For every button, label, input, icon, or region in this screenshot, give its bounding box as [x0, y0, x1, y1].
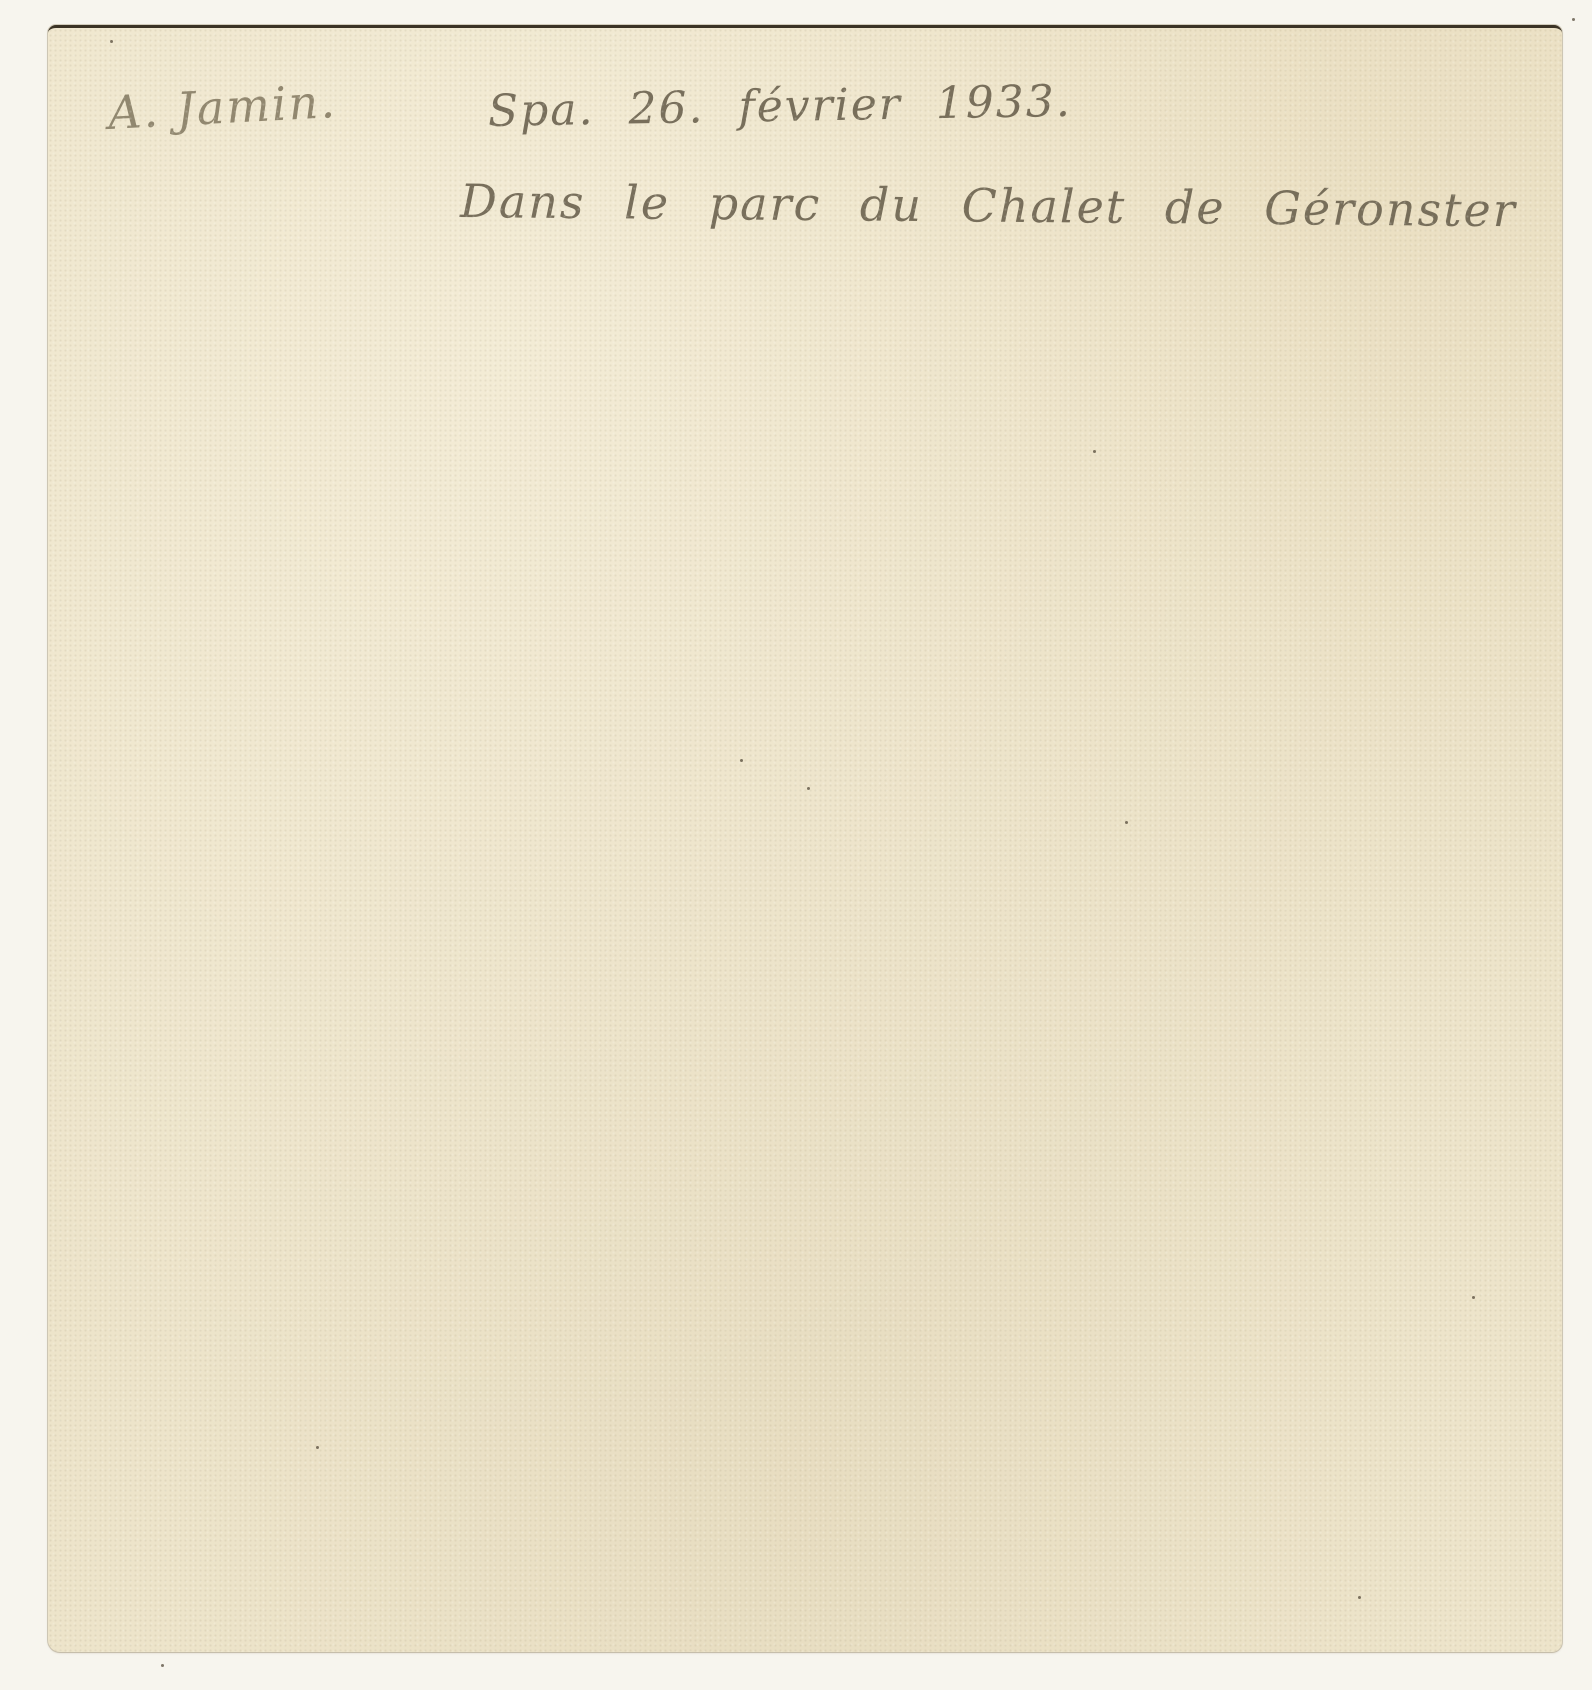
handwritten-location: Dans le parc du Chalet de Géronster — [460, 174, 1517, 237]
handwritten-author: A. Jamin. — [107, 74, 338, 140]
paper-speck — [316, 1446, 319, 1449]
paper-speck — [1358, 1596, 1361, 1599]
handwritten-place-date: Spa. 26. février 1933. — [488, 76, 1073, 137]
paper-speck — [740, 759, 743, 762]
paper-speck — [110, 40, 113, 43]
photo-card-back: A. Jamin. Spa. 26. février 1933. Dans le… — [48, 25, 1562, 1652]
paper-speck — [1093, 450, 1096, 453]
paper-speck — [1125, 821, 1128, 824]
scan-speck — [161, 1664, 164, 1667]
paper-speck — [807, 787, 810, 790]
scan-speck — [1572, 18, 1575, 21]
paper-speck — [1472, 1296, 1475, 1299]
